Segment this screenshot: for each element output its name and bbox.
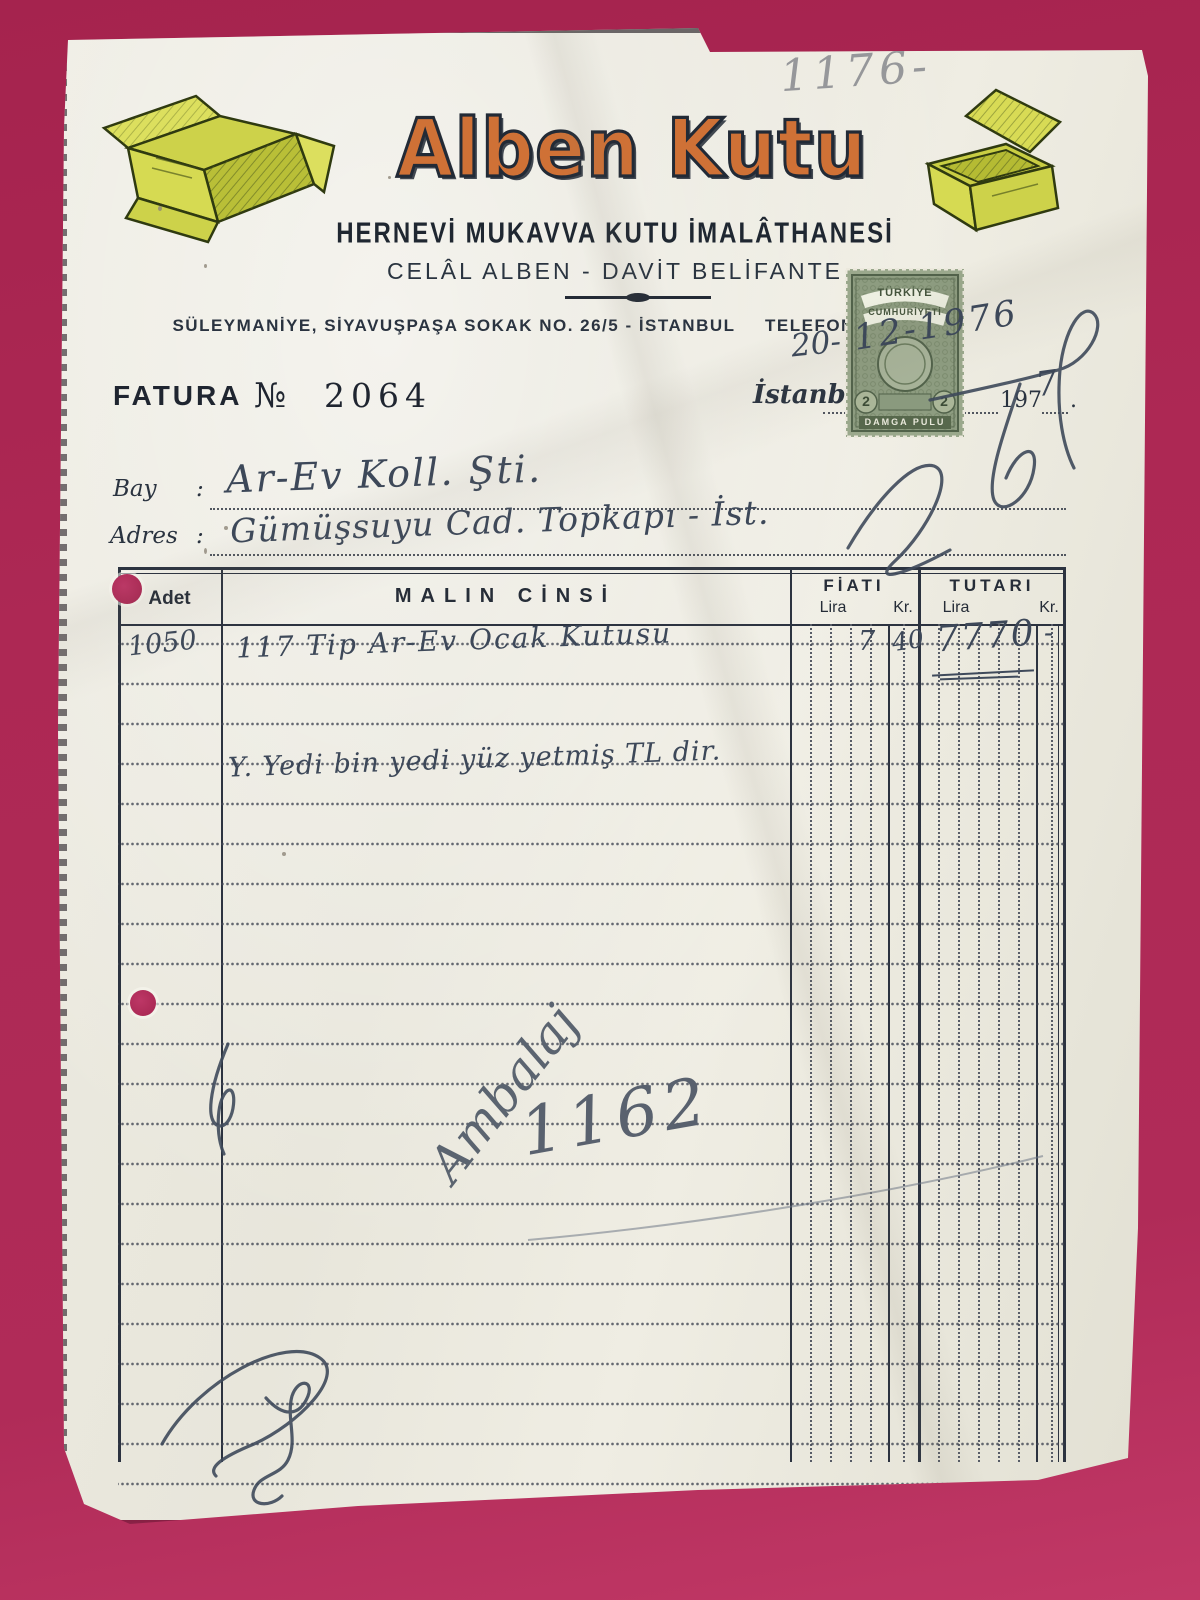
- row-fiati-kr: 40: [890, 624, 926, 657]
- adres-handwritten-value: Gümüşsuyu Cad. Topkapı - İst.: [229, 493, 769, 551]
- scanned-invoice-photo: { "page": { "background_color": "#ad2854…: [0, 0, 1200, 1600]
- brand-logotype: Alben Kutu: [354, 103, 910, 196]
- handwritten-year-digit: 7: [1033, 363, 1060, 406]
- table-top-border: [118, 567, 1066, 570]
- paper-speck: [282, 852, 286, 856]
- row-tutari-kr: -: [1044, 618, 1053, 649]
- row-tutari-lira: 7770: [935, 613, 1037, 661]
- bay-colon: :: [196, 476, 204, 502]
- adres-colon: :: [196, 523, 204, 549]
- stamp-value-left: 2: [855, 393, 877, 409]
- adres-label: Adres: [110, 523, 178, 549]
- paper-speck: [224, 526, 228, 530]
- handwritten-day: 20-: [789, 323, 842, 364]
- torn-left-edge: [58, 34, 67, 1484]
- stamp-country-line1: TÜRKİYE: [845, 287, 965, 299]
- row-fiati-lira: 7: [858, 626, 875, 657]
- brand-subtitle: HERNEVİ MUKAVVA KUTU İMALÂTHANESİ: [153, 217, 1077, 250]
- header-fiati-kr: Kr.: [886, 599, 920, 617]
- header-tutari-kr: Kr.: [1032, 599, 1066, 617]
- header-fiati: FİATI: [790, 576, 918, 596]
- paper-speck: [158, 206, 162, 211]
- header-divider: [565, 296, 711, 299]
- punch-hole-bottom: [130, 990, 156, 1016]
- paper-speck: [204, 548, 207, 554]
- stamp-value-right: 2: [933, 393, 955, 409]
- header-malin-cinsi: MALIN CİNSİ: [221, 585, 790, 608]
- adres-dotted-line: [210, 552, 1066, 556]
- header-tutari-lira: Lira: [926, 599, 986, 617]
- period-mark: .: [1070, 388, 1077, 413]
- bay-handwritten-value: Ar-Ev Koll. Şti.: [225, 446, 542, 501]
- invoice-paper: 1176- Alben Kutu: [58, 28, 1148, 1520]
- paper-speck: [204, 264, 207, 268]
- header-fiati-lira: Lira: [803, 599, 863, 617]
- stamp-bottom-label: DAMGA PULU: [845, 417, 965, 427]
- fatura-label: FATURA: [113, 380, 242, 412]
- paper-top-shadow: [64, 28, 704, 33]
- address-line: SÜLEYMANİYE, SİYAVUŞPAŞA SOKAK NO. 26/5 …: [158, 316, 750, 336]
- number-symbol: №: [254, 376, 286, 416]
- printed-year: 197: [1000, 388, 1042, 413]
- bay-label: Bay: [113, 476, 157, 502]
- table-top-border-inner: [118, 573, 1066, 574]
- header-tutari: TUTARI: [918, 576, 1066, 596]
- paper-speck: [388, 176, 391, 179]
- invoice-number: 2064: [324, 376, 432, 415]
- punch-hole-top: [112, 574, 142, 604]
- year-dotted-leader: [1042, 410, 1068, 414]
